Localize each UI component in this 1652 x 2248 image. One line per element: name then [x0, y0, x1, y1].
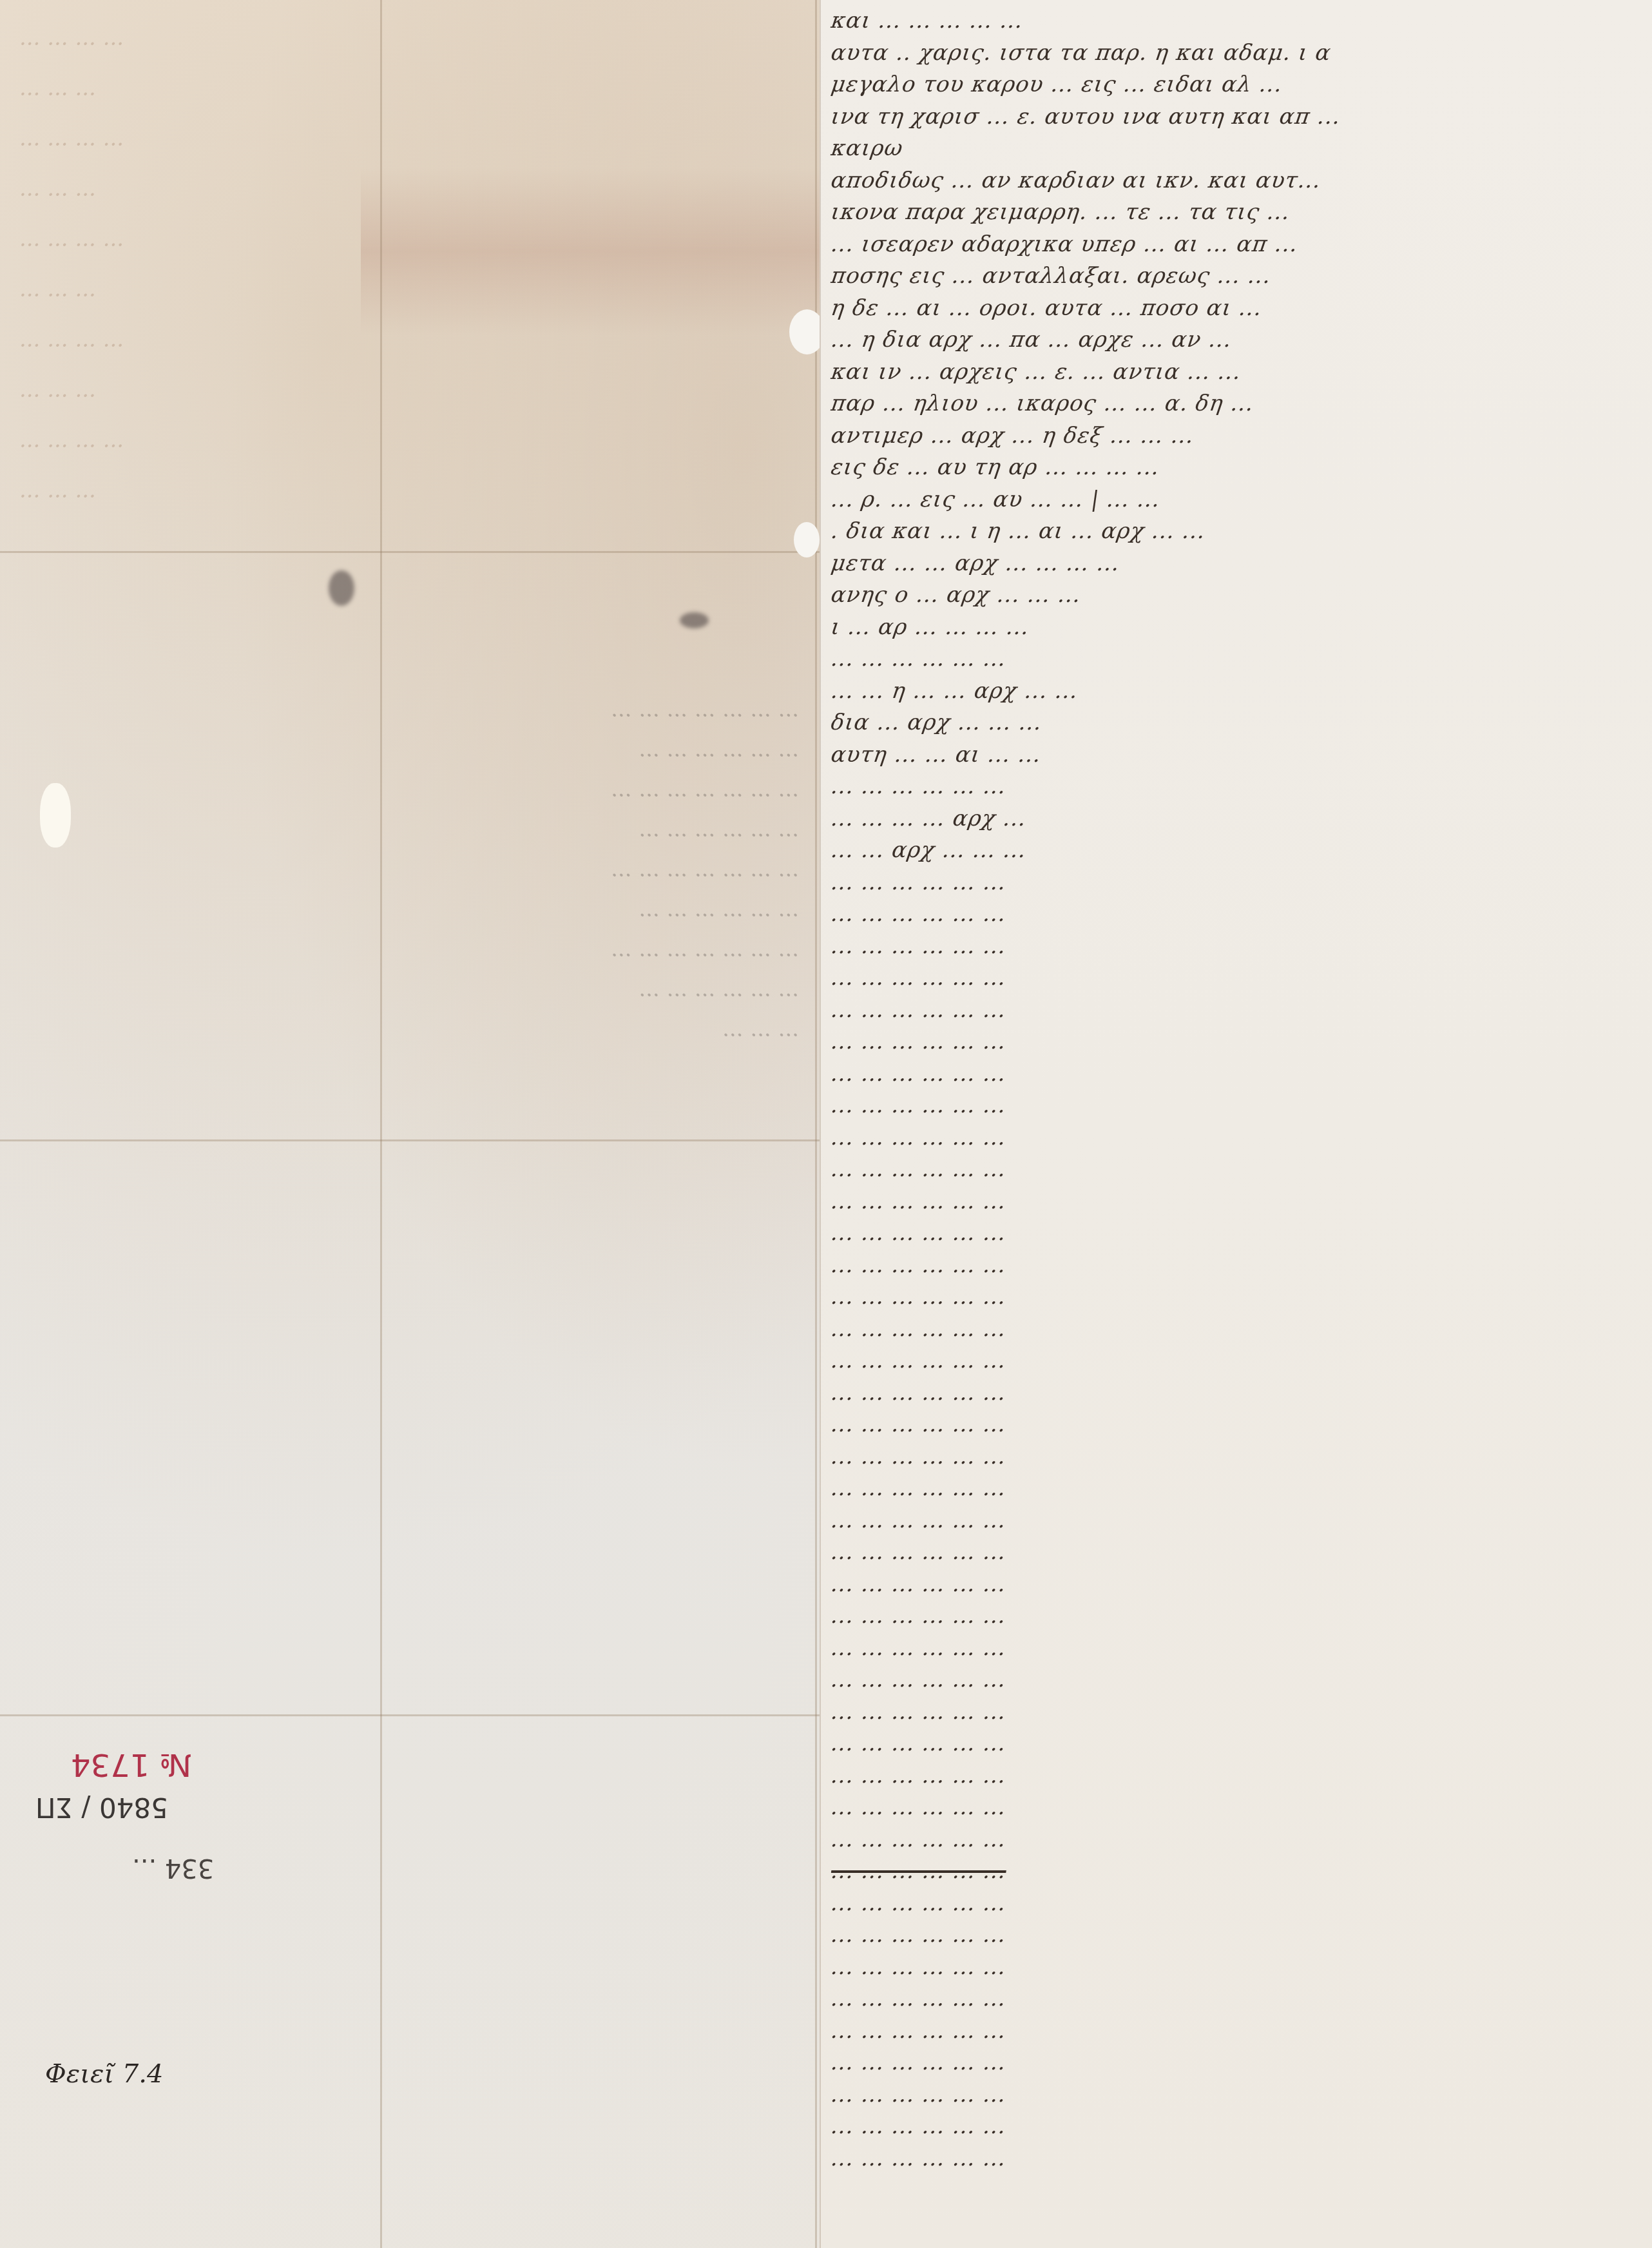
text-line: ... ... η ... ... αρχ ... ...: [829, 675, 1652, 708]
text-line: ... ... ... ... ... ...: [829, 1824, 1652, 1856]
text-line: ... ... ... ... ... ...: [829, 1696, 1652, 1729]
ink-smudge: [680, 612, 709, 628]
text-line: ... ... ... ... ... ...: [829, 2047, 1652, 2079]
text-line: ... ... ... ... ... ...: [829, 1952, 1652, 1984]
text-line: παρ ... ηλιου ... ικαρος ... ... α. δη .…: [829, 388, 1652, 420]
text-line: ... ... ... ... ... ...: [829, 1856, 1652, 1888]
text-line: ... ... ... ... ... ...: [829, 1473, 1652, 1505]
bleed-line: ... ... ...: [19, 465, 792, 516]
text-line: ... η δια αρχ ... πα ... αρχε ... αν ...: [829, 324, 1652, 356]
text-line: ... ... ... ... ... ...: [829, 1983, 1652, 2015]
text-line: και ... ... ... ... ...: [829, 5, 1652, 37]
fold-line-horizontal-2: [0, 1139, 820, 1141]
bleed-line: ... ... ...: [19, 365, 792, 415]
text-line: αντιμερ ... αρχ ... η δεξ ... ... ...: [829, 420, 1652, 452]
text-line: ... ... ... ... ... ...: [829, 1536, 1652, 1569]
text-line: ... ισεαρεν αδαρχικα υπερ ... αι ... απ …: [829, 229, 1652, 261]
text-line: ... ... ... ... ... ...: [829, 1250, 1652, 1282]
archival-number-red: № 1734: [71, 1747, 191, 1783]
text-line: ινα τη χαρισ ... ε. αυτου ινα αυτη και α…: [829, 101, 1652, 133]
text-line: ... ... ... ... ... ...: [829, 1664, 1652, 1696]
ink-smudge: [329, 570, 354, 606]
text-line: ... ... ... ... ... ...: [829, 1122, 1652, 1154]
bleed-through-middle-left: ... ... ... ... ... ... ... ... ... ... …: [26, 690, 799, 1049]
bleed-line: ... ... ... ... ... ...: [26, 730, 799, 770]
paper-tear: [794, 522, 820, 557]
archival-number-black-2: 334 ...: [132, 1853, 214, 1883]
text-line: εις δε ... αυ τη αρ ... ... ... ...: [829, 452, 1652, 484]
text-line: ... ... ... ... ... ...: [829, 931, 1652, 963]
bleed-line: ... ... ... ...: [19, 13, 792, 63]
bleed-line: ... ... ...: [19, 264, 792, 315]
text-line: ... ... ... ... ... ...: [829, 2079, 1652, 2111]
bleed-line: ... ... ... ...: [19, 113, 792, 164]
bleed-line: ... ... ... ...: [19, 415, 792, 465]
bleed-line: ... ... ... ... ... ...: [26, 809, 799, 849]
text-line: ... ... ... ... ... ...: [829, 1377, 1652, 1410]
text-line: ποσης εις ... ανταλλαξαι. αρεως ... ...: [829, 260, 1652, 293]
text-line: και ιν ... αρχεις ... ε. ... αντια ... .…: [829, 356, 1652, 389]
text-line: ... ... ... ... ... ...: [829, 1313, 1652, 1346]
bleed-line: ... ... ...: [19, 63, 792, 113]
bleed-line: ... ... ...: [26, 1009, 799, 1049]
bleed-line: ... ... ... ...: [19, 315, 792, 365]
text-line: ... ... ... ... ... ...: [829, 1600, 1652, 1633]
text-line: ... ... ... ... ... ...: [829, 1090, 1652, 1122]
text-line: ανης ο ... αρχ ... ... ...: [829, 579, 1652, 612]
text-line: ... ... ... ... ... ...: [829, 1058, 1652, 1090]
text-line: αυτη ... ... αι ... ...: [829, 739, 1652, 771]
text-line: ... ... ... ... ... ...: [829, 1026, 1652, 1058]
text-line: ... ρ. ... εις ... αυ ... ... | ... ...: [829, 484, 1652, 516]
text-line: ... ... ... ... ... ...: [829, 2143, 1652, 2175]
text-line: ... ... ... ... ... ...: [829, 1919, 1652, 1952]
text-line: ... ... ... ... ... ...: [829, 1760, 1652, 1792]
text-line: ... ... αρχ ... ... ...: [829, 835, 1652, 867]
text-line: ... ... ... ... ... ...: [829, 867, 1652, 899]
bleed-through-top-left: ... ... ... ... ... ... ... ... ... ... …: [19, 13, 792, 516]
text-line: ... ... ... ... ... ...: [829, 1154, 1652, 1186]
bleed-line: ... ... ...: [19, 164, 792, 214]
text-line: ... ... ... ... ... ...: [829, 994, 1652, 1027]
text-line: ... ... ... ... ... ...: [829, 1633, 1652, 1665]
main-text: και ... ... ... ... ...αυτα .. χαρις. ισ…: [831, 0, 1652, 2175]
text-line: ... ... ... ... ... ...: [829, 1409, 1652, 1441]
text-line: ... ... ... ... ... ...: [829, 1345, 1652, 1377]
text-line: ... ... ... ... ... ...: [829, 643, 1652, 675]
text-line: ... ... ... ... ... ...: [829, 1792, 1652, 1824]
text-line: δια ... αρχ ... ... ...: [829, 707, 1652, 739]
text-line: ι ... αρ ... ... ... ...: [829, 612, 1652, 644]
fold-line-horizontal-3: [0, 1714, 820, 1716]
bleed-line: ... ... ... ...: [19, 214, 792, 264]
bleed-line: ... ... ... ... ... ...: [26, 889, 799, 929]
text-line: ... ... ... ... ... ...: [829, 1281, 1652, 1313]
text-line: αποδιδως ... αν καρδιαν αι ικν. και αυτ.…: [829, 165, 1652, 197]
text-line: ... ... ... ... ... ...: [829, 1217, 1652, 1250]
text-line: ... ... ... ... αρχ ...: [829, 803, 1652, 835]
text-line: ... ... ... ... ... ...: [829, 2015, 1652, 2048]
bleed-line: ... ... ... ... ... ... ...: [26, 929, 799, 969]
signature: Φειεῖ 7.4: [45, 2059, 163, 2089]
bleed-line: ... ... ... ... ... ... ...: [26, 770, 799, 809]
fold-line-horizontal-1: [0, 551, 820, 553]
text-line: ... ... ... ... ... ...: [829, 898, 1652, 931]
archival-number-black: 5840 / ΣΠ: [35, 1792, 168, 1823]
text-line: μετα ... ... αρχ ... ... ... ...: [829, 548, 1652, 580]
text-line: μεγαλο του καρου ... εις ... ειδαι αλ ..…: [829, 69, 1652, 101]
paper-spot: [40, 783, 71, 848]
text-line: αυτα .. χαρις. ιστα τα παρ. η και αδαμ. …: [829, 37, 1652, 70]
text-line: ... ... ... ... ... ...: [829, 1728, 1652, 1760]
bleed-line: ... ... ... ... ... ... ...: [26, 690, 799, 730]
text-line: ... ... ... ... ... ...: [829, 1441, 1652, 1473]
bleed-line: ... ... ... ... ... ... ...: [26, 849, 799, 889]
text-line: η δε ... αι ... οροι. αυτα ... ποσο αι .…: [829, 293, 1652, 325]
text-line: ... ... ... ... ... ...: [829, 1186, 1652, 1218]
text-line: ... ... ... ... ... ...: [829, 1505, 1652, 1537]
bleed-line: ... ... ... ... ... ...: [26, 969, 799, 1009]
text-line: ικονα παρα χειμαρρη. ... τε ... τα τις .…: [829, 197, 1652, 229]
text-line: ... ... ... ... ... ...: [829, 2111, 1652, 2143]
text-line: ... ... ... ... ... ...: [829, 1888, 1652, 1920]
text-line: ... ... ... ... ... ...: [829, 1569, 1652, 1601]
text-line: . δια και ... ι η ... αι ... αρχ ... ...: [829, 516, 1652, 548]
text-line: ... ... ... ... ... ...: [829, 962, 1652, 994]
text-line: καιρω: [829, 133, 1652, 165]
text-line: ... ... ... ... ... ...: [829, 771, 1652, 803]
